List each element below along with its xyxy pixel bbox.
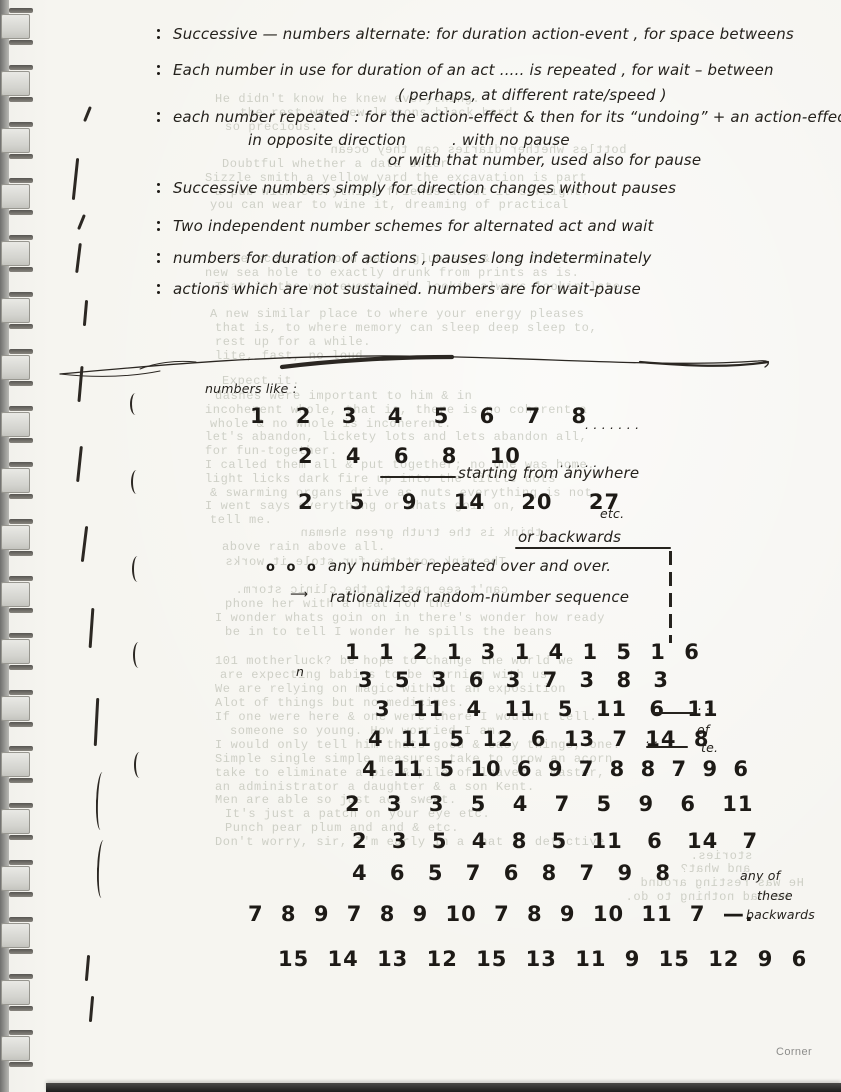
number-sequence-row: 1 2 3 4 5 6 7 8 [250, 404, 587, 428]
handwritten-note: numbers like : [205, 381, 297, 396]
binding-slot-shadow [9, 178, 33, 183]
handwritten-note: . . . . . . . [585, 417, 639, 432]
colon-bullet-icon [157, 65, 160, 68]
number-sequence-row: 2 3 3 5 4 7 5 9 6 11 [345, 792, 754, 816]
margin-ink-mark [75, 243, 81, 273]
binding-slot-shadow [9, 438, 33, 443]
number-sequence-row: 15 14 13 12 15 13 11 9 15 12 9 6 [278, 947, 807, 971]
handwritten-note: Each number in use for duration of an ac… [173, 61, 774, 79]
binding-tooth [1, 355, 30, 380]
handwritten-note: or with that number, used also for pause [388, 151, 701, 169]
number-sequence-row: 1 1 2 1 3 1 4 1 5 1 6 [345, 640, 700, 664]
binding-slot-shadow [9, 949, 33, 954]
binding-slot-shadow [9, 292, 33, 297]
binding-slot-shadow [9, 835, 33, 840]
ghost-typewriter-line: rest up for a while. [215, 335, 371, 349]
margin-ink-mark [131, 470, 142, 494]
binding-slot-shadow [9, 608, 33, 613]
number-sequence-row: 3 11 4 11 5 11 6 11 [375, 697, 719, 721]
ghost-typewriter-line: that is, to where memory can sleep deep … [215, 321, 597, 335]
binding-slot-shadow [9, 8, 33, 13]
binding-tooth [1, 525, 30, 550]
ghost-typewriter-line: I wonder whats goin on in there's wonder… [215, 611, 605, 625]
binding-tooth [1, 412, 30, 437]
binding-tooth [1, 696, 30, 721]
number-sequence-row: 7 8 9 7 8 9 10 7 8 9 10 11 7 —. [248, 902, 754, 926]
number-sequence-row: 2 3 5 4 8 5 11 6 14 7 [352, 829, 758, 853]
colon-bullet-icon [157, 221, 160, 224]
corner-watermark: Corner [776, 1046, 812, 1058]
handwritten-note: backwards [746, 907, 815, 922]
ghost-typewriter-line: tell me. [210, 513, 272, 527]
margin-ink-mark [89, 996, 94, 1022]
binding-slot-shadow [9, 1030, 33, 1035]
colon-bullet-icon [157, 183, 160, 186]
binding-slot-shadow [9, 551, 33, 556]
binding-slot-shadow [9, 210, 33, 215]
handwritten-note: any number repeated over and over. [328, 557, 611, 575]
binding-tooth [1, 298, 30, 323]
margin-ink-mark [133, 642, 144, 668]
binding-slot-shadow [9, 97, 33, 102]
binding-tooth [1, 866, 30, 891]
scanned-notebook-page: He didn't know he knew everything.the re… [0, 0, 841, 1092]
binding-slot-shadow [9, 860, 33, 865]
colon-bullet-icon [157, 112, 160, 115]
margin-ink-mark [132, 556, 143, 582]
binding-slot-shadow [9, 462, 33, 467]
binding-slot-shadow [9, 122, 33, 127]
handwritten-note: ⟶ [290, 586, 308, 601]
binding-slot-shadow [9, 154, 33, 159]
margin-ink-mark [130, 393, 141, 415]
binding-slot-shadow [9, 381, 33, 386]
colon-bullet-icon [157, 284, 160, 287]
binding-tooth [1, 468, 30, 493]
number-sequence-row: 3 5 3 6 3 7 3 8 3 [358, 668, 669, 692]
handwritten-note: rationalized random-number sequence [330, 588, 629, 606]
binding-tooth [1, 14, 30, 39]
ghost-typewriter-line: above rain above all. [222, 540, 386, 554]
binding-slot-shadow [9, 494, 33, 499]
margin-ink-mark [83, 300, 88, 326]
handwritten-note: n [296, 664, 304, 679]
binding-slot-shadow [9, 892, 33, 897]
binding-tooth [1, 184, 30, 209]
number-sequence-row: 4 11 5 10 6 9 7 8 8 7 9 6 [362, 757, 749, 781]
short-underline-row-2 [646, 746, 688, 748]
margin-ink-mark [94, 698, 99, 746]
binding-tooth [1, 809, 30, 834]
binding-slot-shadow [9, 917, 33, 922]
binding-slot-shadow [9, 1062, 33, 1067]
number-sequence-row: 2 4 6 8 10 [298, 444, 521, 468]
binding-slot-shadow [9, 576, 33, 581]
scan-bottom-edge [46, 1083, 841, 1092]
margin-ink-mark [95, 772, 108, 830]
number-sequence-row: 4 6 5 7 6 8 7 9 8 [352, 861, 671, 885]
binding-slot-shadow [9, 746, 33, 751]
underline-before-starting-from-anywhere [380, 476, 456, 478]
binding-tooth [1, 1036, 30, 1061]
binding-slot-shadow [9, 65, 33, 70]
margin-ink-mark [77, 214, 85, 230]
binding-tooth [1, 241, 30, 266]
short-underline-row [653, 712, 695, 714]
number-sequence-row: o o o [266, 560, 317, 575]
binding-slot-shadow [9, 974, 33, 979]
handwritten-note: actions which are not sustained. numbers… [173, 280, 641, 298]
binding-slot-shadow [9, 778, 33, 783]
handwritten-note: Two independent number schemes for alter… [173, 217, 654, 235]
binding-slot-shadow [9, 40, 33, 45]
number-sequence-row: 2 5 9 14 20 27 [298, 490, 620, 514]
binding-tooth [1, 582, 30, 607]
binding-slot-shadow [9, 267, 33, 272]
colon-bullet-icon [157, 29, 160, 32]
binding-slot-shadow [9, 349, 33, 354]
margin-ink-mark [85, 955, 90, 981]
binding-tooth [1, 71, 30, 96]
ghost-typewriter-line: think is the truth green sheman [300, 526, 542, 540]
margin-ink-mark [83, 106, 91, 122]
handwritten-note: each number repeated : for the action-ef… [173, 108, 841, 126]
margin-ink-mark [76, 446, 82, 482]
binding-slot-shadow [9, 406, 33, 411]
binding-slot-shadow [9, 1006, 33, 1011]
binding-tooth [1, 980, 30, 1005]
handwritten-note: or backwards [518, 528, 621, 548]
ghost-typewriter-line: A new similar place to where your energy… [210, 307, 584, 321]
margin-ink-mark [72, 158, 79, 200]
ghost-typewriter-line: lite, fast, no loud. [215, 349, 371, 363]
binding-tooth [1, 923, 30, 948]
binding-slot-shadow [9, 633, 33, 638]
binding-slot-shadow [9, 803, 33, 808]
binding-slot-shadow [9, 324, 33, 329]
binding-slot-shadow [9, 519, 33, 524]
binding-slot-shadow [9, 665, 33, 670]
margin-ink-mark [89, 608, 94, 648]
ghost-typewriter-line: be in to tell I wonder he spills the bea… [225, 625, 553, 639]
handwritten-note: Successive numbers simply for direction … [173, 179, 676, 197]
handwritten-note: . with no pause [452, 131, 570, 149]
ghost-typewriter-line: let's abandon, lickety lots and lets aba… [205, 430, 587, 444]
handwritten-note: Successive — numbers alternate: for dura… [173, 25, 794, 43]
margin-ink-mark [81, 526, 88, 562]
handwritten-note: in opposite direction [248, 131, 406, 149]
binding-tooth [1, 128, 30, 153]
ghost-typewriter-line: new sea hole to exactly drunk from print… [205, 266, 579, 280]
underline-or-backwards [515, 547, 671, 549]
handwritten-note: any of [740, 868, 780, 883]
margin-ink-mark [96, 840, 109, 898]
binding-tooth [1, 752, 30, 777]
ghost-typewriter-line: you can wear to wine it, dreaming of pra… [210, 198, 569, 212]
handwritten-note: these [757, 888, 793, 903]
vertical-dashed-ink-line [669, 551, 672, 643]
margin-ink-mark [134, 752, 145, 778]
binding-slot-shadow [9, 235, 33, 240]
margin-ink-mark [77, 366, 83, 402]
colon-bullet-icon [157, 253, 160, 256]
binding-tooth [1, 639, 30, 664]
handwritten-note: numbers for duration of actions , pauses… [173, 249, 651, 267]
handwritten-note: ( perhaps, at different rate/speed ) [398, 86, 667, 104]
binding-slot-shadow [9, 722, 33, 727]
binding-slot-shadow [9, 690, 33, 695]
